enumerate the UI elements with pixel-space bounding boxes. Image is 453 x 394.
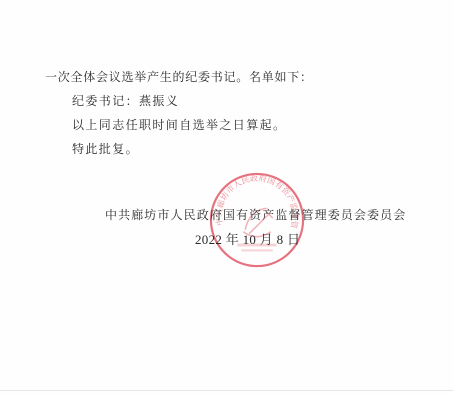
body-line-election-intro: 一次全体会议选举产生的纪委书记。名单如下： (45, 69, 313, 85)
body-line-secretary-name: 纪委书记：燕振义 (72, 93, 179, 109)
signing-organization: 中共廊坊市人民政府国有资产监督管理委员会委员会 (105, 207, 406, 223)
body-line-term-start: 以上同志任职时间自选举之日算起。 (72, 117, 286, 133)
body-line-closing: 特此批复。 (72, 141, 139, 157)
signing-date: 2022 年 10 月 8 日 (195, 232, 300, 248)
page-bottom-divider (0, 390, 453, 391)
document-page: 一次全体会议选举产生的纪委书记。名单如下： 纪委书记：燕振义 以上同志任职时间自… (0, 0, 453, 394)
